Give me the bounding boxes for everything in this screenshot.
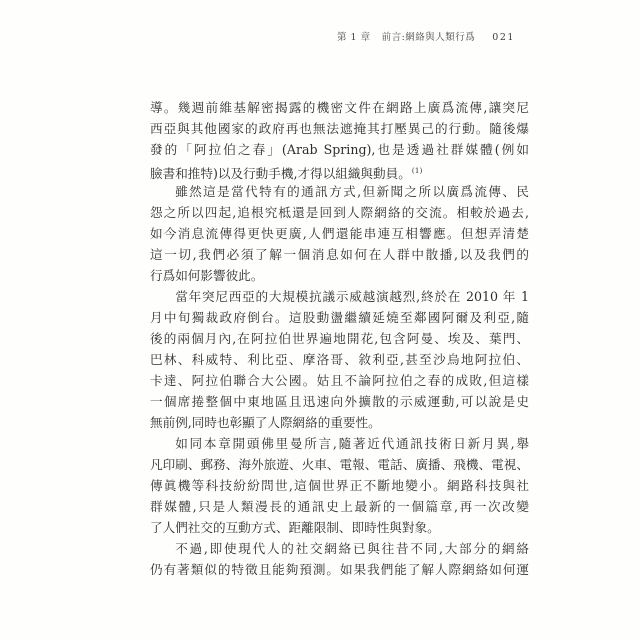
- text-line: 卡達、阿拉伯聯合大公國。姑且不論阿拉伯之春的成敗,但這樣: [150, 370, 529, 391]
- running-header: 第 1 章 前言:網絡與人類行爲 021: [337, 29, 515, 43]
- text-line: 了人們社交的互動方式、距離限制、即時性與對象。: [150, 517, 529, 538]
- text-line: 如今消息流傳得更快更廣,人們還能串連互相響應。但想弄清楚: [150, 223, 529, 244]
- text-line: 導。幾週前維基解密揭露的機密文件在網路上廣爲流傳,讓突尼: [150, 97, 529, 118]
- book-page: 第 1 章 前言:網絡與人類行爲 021 導。幾週前維基解密揭露的機密文件在網路…: [0, 0, 640, 640]
- text-line: 如同本章開頭佛里曼所言,隨著近代通訊技術日新月異,舉: [150, 433, 529, 454]
- text-line: 臉書和推特)以及行動手機,才得以組織與動員。(1): [150, 160, 529, 181]
- text-line: 不過,即使現代人的社交網絡已與往昔不同,大部分的網絡: [150, 538, 529, 559]
- text-line: 巴林、科威特、利比亞、摩洛哥、敘利亞,甚至沙烏地阿拉伯、: [150, 349, 529, 370]
- section-title: 前言:網絡與人類行爲: [382, 29, 476, 43]
- text-line: 傳眞機等科技紛紛問世,這個世界正不斷地變小。網路科技與社: [150, 475, 529, 496]
- text-line: 凡印刷、郵務、海外旅遊、火車、電報、電話、廣播、飛機、電視、: [150, 454, 529, 475]
- text-line: 當年突尼西亞的大規模抗議示威越演越烈,終於在 2010 年 1: [150, 286, 529, 307]
- text-line: 月中旬獨裁政府倒台。這股動盪繼續延燒至鄰國阿爾及利亞,隨: [150, 307, 529, 328]
- footnote-ref: (1): [412, 166, 423, 175]
- text-line: 行爲如何影響彼此。: [150, 265, 529, 286]
- page-number: 021: [492, 32, 515, 43]
- text-line: 發的「阿拉伯之春」(Arab Spring),也是透過社群媒體(例如: [150, 139, 529, 160]
- text-line: 西亞與其他國家的政府再也無法遮掩其打壓異己的行動。隨後爆: [150, 118, 529, 139]
- body-text: 導。幾週前維基解密揭露的機密文件在網路上廣爲流傳,讓突尼西亞與其他國家的政府再也…: [150, 97, 529, 580]
- chapter-label: 第 1 章: [337, 29, 371, 43]
- text-line: 仍有著類似的特徵且能夠預測。如果我們能了解人際網絡如何運: [150, 559, 529, 580]
- text-line: 群媒體,只是人類漫長的通訊史上最新的一個篇章,再一次改變: [150, 496, 529, 517]
- text-line: 雖然這是當代特有的通訊方式,但新聞之所以廣爲流傳、民: [150, 181, 529, 202]
- text-line: 無前例,同時也彰顯了人際網絡的重要性。: [150, 412, 529, 433]
- text-line: 後的兩個月內,在阿拉伯世界遍地開花,包含阿曼、埃及、葉門、: [150, 328, 529, 349]
- text-line: 這一切,我們必須了解一個消息如何在人群中散播,以及我們的: [150, 244, 529, 265]
- text-line: 一個席捲整個中東地區且迅速向外擴散的示威運動,可以說是史: [150, 391, 529, 412]
- text-line: 怨之所以四起,追根究柢還是回到人際網絡的交流。相較於過去,: [150, 202, 529, 223]
